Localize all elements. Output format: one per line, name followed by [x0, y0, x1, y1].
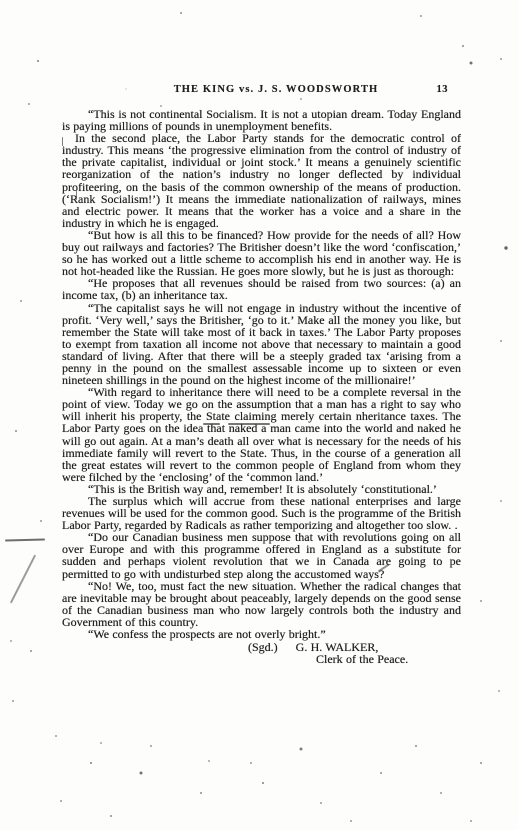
paragraph: “The capitalist says he will not engage …: [62, 302, 461, 387]
signatory-role: Clerk of the Peace.: [62, 653, 461, 665]
inline-dash-mark: [228, 423, 270, 425]
ink-speckles-bottom: [0, 0, 2, 2]
paragraph: “With regard to inheritance there will n…: [62, 386, 461, 483]
paragraph: “This is not continental Socialism. It i…: [62, 108, 461, 132]
sgd-label: (Sgd.): [248, 641, 278, 653]
paragraph: “Do our Canadian business men suppose th…: [62, 531, 461, 579]
page-number: 13: [437, 84, 449, 95]
paragraph: In the second place, the Labor Party sta…: [62, 132, 461, 229]
paragraph: “We confess the prospects are not overly…: [62, 628, 461, 640]
paragraph: The surplus which will accrue from these…: [62, 495, 461, 531]
document-body: “This is not continental Socialism. It i…: [62, 108, 461, 665]
margin-dash-mark: [5, 538, 45, 541]
running-title: THE KING vs. J. S. WOODSWORTH: [76, 84, 476, 95]
paragraph: “But how is all this to be financed? How…: [62, 229, 461, 277]
paragraph: “No! We, too, must fact the new situatio…: [62, 580, 461, 628]
margin-slash-mark: [10, 554, 36, 603]
running-header: THE KING vs. J. S. WOODSWORTH 13: [62, 84, 462, 98]
scanned-document-page: THE KING vs. J. S. WOODSWORTH 13 “This i…: [0, 0, 519, 830]
inline-dash-mark: [203, 423, 220, 425]
paragraph: “He proposes that all revenues should be…: [62, 277, 461, 301]
